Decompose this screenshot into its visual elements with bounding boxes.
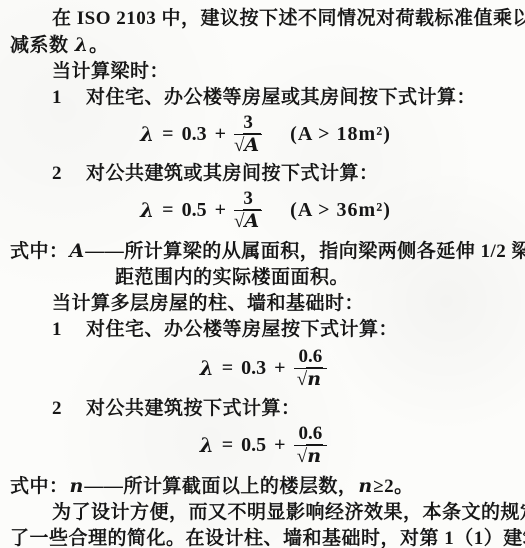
formula4-lambda: λ — [200, 435, 214, 455]
formula3-radicand: n — [306, 367, 323, 390]
formula2-numerator: 3 — [234, 189, 262, 211]
formula-column-public: λ = 0.5 + 0.6 √n — [10, 422, 517, 468]
list-item-3-number: 1 — [52, 319, 62, 340]
formula4-fraction: 0.6 √n — [294, 424, 328, 466]
formula4-equals: = — [222, 435, 233, 455]
formula1-constant: 0.3 — [182, 124, 207, 144]
formula1-condition: (A > 18m²) — [290, 124, 391, 144]
where-label: 式中： — [10, 476, 69, 497]
formula1-equals: = — [162, 124, 173, 144]
list-item-2-text: 对公共建筑或其房间按下式计算： — [86, 163, 379, 184]
heading-beam-case: 当计算梁时： — [10, 59, 517, 85]
where-clause-n: 式中：n——所计算截面以上的楼层数，n≥2。 — [10, 473, 517, 500]
where-clause-n-text: 所计算截面以上的楼层数， — [123, 476, 357, 497]
formula4-constant: 0.5 — [241, 435, 266, 455]
closing-paragraph-line2: 了一些合理的简化。在设计柱、墙和基础时，对第 1（1）建筑 — [10, 526, 517, 548]
heading-column-wall-foundation-case: 当计算多层房屋的柱、墙和基础时： — [10, 291, 517, 317]
intro-paragraph-line1: 在 ISO 2103 中，建议按下述不同情况对荷载标准值乘以折 — [10, 6, 517, 32]
intro-line2-period: 。 — [89, 35, 109, 56]
formula1-lambda: λ — [140, 124, 154, 144]
variable-A: A — [70, 240, 85, 262]
list-item-2-number: 2 — [52, 163, 62, 184]
formula2-fraction: 3 √A — [234, 189, 262, 231]
formula3-constant: 0.3 — [241, 358, 266, 378]
formula3-plus: + — [274, 358, 285, 378]
formula2-denominator: √A — [234, 211, 262, 231]
formula4-numerator: 0.6 — [294, 424, 328, 446]
list-item-3: 1对住宅、办公楼等房屋按下式计算： — [10, 317, 517, 343]
formula1-plus: + — [215, 124, 226, 144]
formula2-radicand: A — [243, 209, 261, 232]
formula1-radicand: A — [243, 133, 261, 156]
list-item-4-number: 2 — [52, 398, 62, 419]
where-dash: —— — [85, 241, 124, 262]
formula4-denominator: √n — [294, 446, 328, 466]
where-clause-A: 式中：A——所计算梁的从属面积，指向梁两侧各延伸 1/2 梁间 — [10, 238, 517, 265]
formula-beam-public: λ = 0.5 + 3 √A (A > 36m²) — [10, 187, 517, 233]
where-clause-A-text: 所计算梁的从属面积，指向梁两侧各延伸 1/2 梁间 — [124, 241, 525, 262]
document-page: 在 ISO 2103 中，建议按下述不同情况对荷载标准值乘以折 减系数 λ。 当… — [0, 0, 525, 548]
intro-paragraph-line2: 减系数 λ。 — [10, 32, 517, 59]
formula3-equals: = — [222, 358, 233, 378]
lambda-symbol: λ — [75, 34, 88, 56]
list-item-1: 1对住宅、办公楼等房屋或其房间按下式计算： — [10, 85, 517, 111]
formula4-plus: + — [274, 435, 285, 455]
formula3-lambda: λ — [200, 358, 214, 378]
formula-beam-residential: λ = 0.3 + 3 √A (A > 18m²) — [10, 111, 517, 157]
formula3-denominator: √n — [294, 369, 328, 389]
formula2-condition: (A > 36m²) — [290, 200, 391, 220]
formula3-numerator: 0.6 — [294, 347, 328, 369]
formula1-denominator: √A — [234, 135, 262, 155]
where-label: 式中： — [10, 241, 69, 262]
intro-line2-text: 减系数 — [10, 35, 74, 56]
where-clause-n-constraint: ≥2。 — [373, 476, 413, 497]
closing-paragraph-line1: 为了设计方便，而又不明显影响经济效果，本条文的规定作 — [10, 500, 517, 526]
formula-column-residential: λ = 0.3 + 0.6 √n — [10, 345, 517, 391]
formula2-constant: 0.5 — [182, 200, 207, 220]
where-dash: —— — [84, 476, 123, 497]
formula4-radicand: n — [306, 444, 323, 467]
list-item-4-text: 对公共建筑按下式计算： — [86, 398, 301, 419]
list-item-1-number: 1 — [52, 87, 62, 108]
formula3-fraction: 0.6 √n — [294, 347, 328, 389]
variable-n: n — [70, 475, 84, 497]
variable-n-2: n — [358, 475, 372, 497]
where-clause-A-continuation: 距范围内的实际楼面面积。 — [10, 265, 517, 291]
formula2-equals: = — [162, 200, 173, 220]
formula2-plus: + — [215, 200, 226, 220]
list-item-4: 2对公共建筑按下式计算： — [10, 396, 517, 422]
list-item-1-text: 对住宅、办公楼等房屋或其房间按下式计算： — [86, 87, 476, 108]
list-item-3-text: 对住宅、办公楼等房屋按下式计算： — [86, 319, 398, 340]
formula1-fraction: 3 √A — [234, 113, 262, 155]
formula1-numerator: 3 — [234, 113, 262, 135]
formula2-lambda: λ — [140, 200, 154, 220]
list-item-2: 2对公共建筑或其房间按下式计算： — [10, 161, 517, 187]
